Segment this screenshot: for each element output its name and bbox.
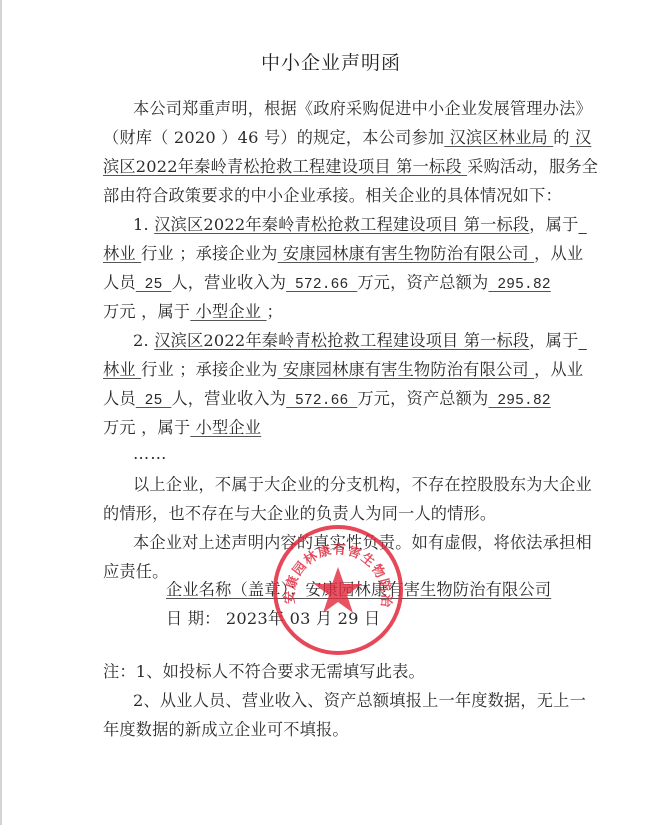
item-revenue: 572.66 xyxy=(286,277,357,293)
note-2-line-1: 2、从业人员、营业收入、资产总额填报上一年度数据，无上一 xyxy=(133,691,586,711)
intro-line-2: （财库（ 2020 ）46 号）的规定，本公司参加 汉滨区林业局 的 汉 xyxy=(103,128,591,148)
item-1-line-2: 林业 行业 ；承接企业为 安康园林康有害生物防治有限公司 ，从业 xyxy=(103,244,583,264)
project-name-end: 滨区2022年秦岭青松抢救工程建设项目 第一标段 xyxy=(103,157,467,176)
item-text: 人，营业收入为 xyxy=(171,273,286,292)
note-2-line-2: 年度数据的新成立企业可不填报。 xyxy=(103,720,349,740)
item-text: 万元，资产总额为 xyxy=(357,389,488,408)
item-underline: _ xyxy=(578,331,586,350)
intro-line-1: 本公司郑重声明，根据《政府采购促进中小企业发展管理办法》 xyxy=(133,99,592,119)
intro-text: 的 xyxy=(553,128,569,147)
statement-1-line-2: 的情形，也不存在与大企业的负责人为同一人的情形。 xyxy=(103,504,496,524)
item-1-line-1: 1. 汉滨区2022年秦岭青松抢救工程建设项目 第一标段，属于_ xyxy=(133,215,587,235)
item-text: 万元，资产总额为 xyxy=(357,273,488,292)
signature-date-line: 日 期： 2023年 03 月 29 日 xyxy=(166,609,380,629)
item-text: ，从业 xyxy=(534,360,583,379)
buyer-name: 汉滨区林业局 xyxy=(444,128,553,147)
item-index: 2. xyxy=(133,331,154,350)
signature-company-label: 企业名称（盖章）： xyxy=(166,580,305,599)
item-text: 人员 xyxy=(103,273,136,292)
item-2-line-2: 林业 行业 ；承接企业为 安康园林康有害生物防治有限公司 ，从业 xyxy=(103,360,583,380)
page-edge xyxy=(0,0,2,825)
item-text: 人员 xyxy=(103,389,136,408)
signature-date-value: 2023年 03 月 29 日 xyxy=(221,609,381,628)
item-1-line-4: 万元 ，属于 小型企业 ； xyxy=(103,302,283,322)
item-size: 小型企业 xyxy=(190,302,266,321)
statement-1-line-1: 以上企业，不属于大企业的分支机构，不存在控股股东为大企业 xyxy=(133,475,592,495)
statement-2-line-2: 应责任。 xyxy=(103,562,169,582)
item-project: 汉滨区2022年秦岭青松抢救工程建设项目 第一标段 xyxy=(154,331,529,350)
item-2-line-1: 2. 汉滨区2022年秦岭青松抢救工程建设项目 第一标段，属于_ xyxy=(133,331,587,351)
item-size: 小型企业 xyxy=(190,418,261,437)
signature-date-label: 日 期： xyxy=(166,609,221,628)
item-2-line-3: 人员 25 人，营业收入为 572.66 万元，资产总额为 295.82 xyxy=(103,389,551,411)
item-employees: 25 xyxy=(136,277,172,293)
item-industry: 林业 xyxy=(103,244,141,263)
item-text: ，属于 xyxy=(529,331,578,350)
intro-line-4: 部由符合政策要求的中小企业承接。相关企业的具体情况如下： xyxy=(103,186,562,206)
item-text: 行业 ；承接企业为 xyxy=(141,360,277,379)
item-company: 安康园林康有害生物防治有限公司 xyxy=(278,244,535,263)
item-company: 安康园林康有害生物防治有限公司 xyxy=(278,360,535,379)
item-assets: 295.82 xyxy=(488,277,550,293)
item-underline: _ xyxy=(578,215,586,234)
item-2-line-4: 万元 ，属于 小型企业 xyxy=(103,418,261,438)
note-1: 注：1、如投标人不符合要求无需填写此表。 xyxy=(103,662,425,682)
intro-text: 采购活动，服务全 xyxy=(467,157,598,176)
signature-company-line: 企业名称（盖章）：安康园林康有害生物防治有限公司 xyxy=(166,580,551,600)
item-project: 汉滨区2022年秦岭青松抢救工程建设项目 第一标段 xyxy=(154,215,529,234)
project-name-start: 汉 xyxy=(570,128,592,147)
item-employees: 25 xyxy=(136,393,172,409)
item-text: ； xyxy=(267,302,283,321)
item-text: 万元 ，属于 xyxy=(103,418,190,437)
item-text: 行业 ；承接企业为 xyxy=(141,244,277,263)
ellipsis: …… xyxy=(133,444,167,464)
item-assets: 295.82 xyxy=(488,393,550,409)
item-index: 1. xyxy=(133,215,154,234)
statement-2-line-1: 本企业对上述声明内容的真实性负责。如有虚假，将依法承担相 xyxy=(133,533,592,553)
item-1-line-3: 人员 25 人，营业收入为 572.66 万元，资产总额为 295.82 xyxy=(103,273,551,295)
intro-line-3: 滨区2022年秦岭青松抢救工程建设项目 第一标段 采购活动，服务全 xyxy=(103,157,598,177)
document-title: 中小企业声明函 xyxy=(0,48,662,75)
intro-text: （财库（ 2020 ）46 号）的规定，本公司参加 xyxy=(103,128,444,147)
item-text: 人，营业收入为 xyxy=(171,389,286,408)
item-industry: 林业 xyxy=(103,360,141,379)
item-text: ，从业 xyxy=(534,244,583,263)
signature-company-name: 安康园林康有害生物防治有限公司 xyxy=(305,580,551,599)
item-text: ，属于 xyxy=(529,215,578,234)
item-revenue: 572.66 xyxy=(286,393,357,409)
item-text: 万元 ，属于 xyxy=(103,302,190,321)
